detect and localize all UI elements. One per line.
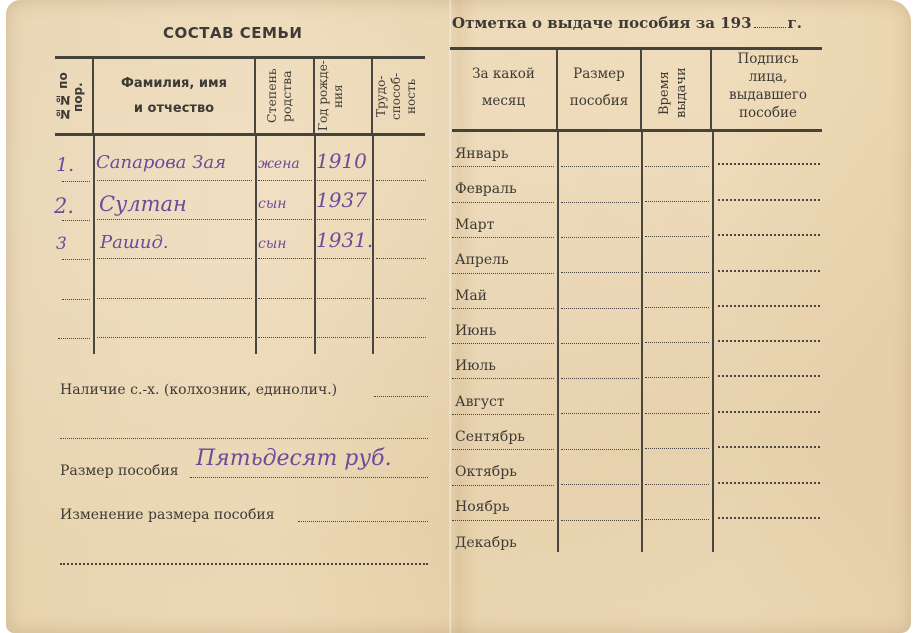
benefit-change-line-2: [60, 563, 428, 565]
row-line: [561, 237, 639, 238]
benefit-record-title: Отметка о выдаче пособия за 193г.: [452, 14, 802, 32]
header-signature-2: лица,: [714, 68, 822, 87]
row-line: [645, 342, 709, 343]
row-line: [718, 482, 820, 484]
row-1-number: 1.: [56, 154, 74, 176]
row-line: [58, 338, 90, 339]
row-line: [376, 258, 426, 259]
family-section-title: СОСТАВ СЕМЬИ: [163, 24, 302, 42]
title-prefix: Отметка о выдаче пособия за 193: [452, 14, 752, 32]
row-line: [718, 517, 820, 519]
month-october: Октябрь: [455, 464, 517, 480]
header-name-2: и отчество: [95, 97, 253, 121]
row-line: [97, 337, 252, 338]
row-line: [561, 308, 639, 309]
table-header-rule: [55, 133, 425, 136]
header-signature-4: пособие: [714, 104, 822, 123]
row-line: [452, 414, 554, 415]
row-line: [317, 219, 370, 220]
month-september: Сентябрь: [455, 429, 525, 445]
row-line: [452, 166, 554, 167]
row-line: [561, 378, 639, 379]
row-line: [376, 298, 426, 299]
row-line: [62, 220, 90, 221]
col-divider: [254, 59, 256, 133]
row-line: [97, 258, 252, 259]
row-line: [718, 305, 820, 307]
month-december: Декабрь: [455, 535, 517, 551]
row-3-relation: сын: [258, 236, 286, 252]
row-2-name: Султан: [99, 192, 187, 216]
year-blank: [754, 27, 786, 28]
row-line: [258, 180, 312, 181]
row-2-birth-year: 1937: [316, 188, 367, 212]
row-line: [645, 413, 709, 414]
row-line: [561, 166, 639, 167]
header-amount-1: Размер: [559, 63, 639, 86]
row-line: [376, 337, 426, 338]
row-line: [645, 484, 709, 485]
row-line: [718, 270, 820, 272]
row-line: [718, 375, 820, 377]
farm-status-line: [374, 396, 428, 397]
month-july: Июль: [455, 358, 496, 374]
row-line: [452, 273, 554, 274]
row-line: [317, 180, 370, 181]
col-divider: [712, 132, 714, 552]
row-line: [645, 236, 709, 237]
row-line: [258, 258, 312, 259]
row-3-name: Рашид.: [100, 232, 169, 253]
header-work-ability: Трудо-способ-ность: [374, 60, 424, 132]
row-line: [718, 163, 820, 165]
header-name-1: Фамилия, имя: [95, 72, 253, 96]
farm-status-line-2: [60, 438, 428, 439]
row-line: [645, 377, 709, 378]
header-signature-3: выдавшего: [714, 86, 822, 105]
row-line: [452, 343, 554, 344]
month-august: Август: [455, 394, 505, 410]
row-line: [645, 201, 709, 202]
row-line: [718, 234, 820, 236]
row-line: [645, 272, 709, 273]
row-2-relation: сын: [258, 196, 286, 212]
row-line: [561, 343, 639, 344]
header-signature-1: Подпись: [714, 50, 822, 69]
farm-status-label: Наличие с.-х. (колхозник, единолич.): [60, 382, 337, 398]
row-line: [97, 298, 252, 299]
row-3-number: 3: [56, 234, 67, 254]
row-line: [452, 237, 554, 238]
month-january: Январь: [455, 146, 508, 162]
benefit-change-line: [298, 521, 428, 522]
row-line: [718, 446, 820, 448]
month-may: Май: [455, 288, 487, 304]
benefit-amount-value: Пятьдесят руб.: [196, 446, 392, 471]
row-line: [452, 378, 554, 379]
col-divider: [557, 132, 559, 552]
row-line: [452, 308, 554, 309]
row-line: [561, 413, 639, 414]
row-2-number: 2.: [54, 194, 74, 218]
row-line: [97, 219, 252, 220]
row-line: [376, 180, 426, 181]
row-line: [62, 259, 90, 260]
row-line: [62, 181, 90, 182]
month-june: Июнь: [455, 323, 496, 339]
header-month-1: За какой: [452, 63, 555, 86]
row-line: [317, 337, 370, 338]
row-1-name: Сапарова Зая: [96, 152, 226, 173]
header-amount-2: пособия: [559, 90, 639, 113]
row-line: [376, 219, 426, 220]
row-line: [561, 202, 639, 203]
header-relation: Степень родства: [264, 60, 304, 132]
row-1-birth-year: 1910: [316, 149, 367, 173]
header-month-2: месяц: [452, 90, 555, 113]
benefit-change-label: Изменение размера пособия: [60, 507, 275, 523]
title-suffix: г.: [788, 14, 802, 32]
row-line: [258, 337, 312, 338]
month-november: Ноябрь: [455, 499, 509, 515]
col-divider: [710, 50, 712, 129]
row-line: [561, 484, 639, 485]
col-divider: [92, 59, 94, 133]
month-march: Март: [455, 217, 494, 233]
row-line: [718, 411, 820, 413]
header-birth-year: Год рожде-ния: [316, 60, 368, 132]
row-line: [258, 219, 312, 220]
row-line: [452, 449, 554, 450]
col-divider: [313, 59, 315, 133]
col-divider: [641, 132, 643, 552]
row-line: [645, 448, 709, 449]
row-line: [62, 299, 90, 300]
col-divider: [93, 136, 95, 354]
col-divider: [640, 50, 642, 129]
table-header-rule: [452, 129, 822, 132]
month-february: Февраль: [455, 181, 517, 197]
row-line: [645, 519, 709, 520]
row-line: [645, 307, 709, 308]
row-line: [258, 298, 312, 299]
row-line: [452, 202, 554, 203]
col-divider: [255, 136, 257, 354]
row-line: [561, 520, 639, 521]
row-3-birth-year: 1931.: [316, 228, 373, 252]
row-line: [317, 298, 370, 299]
row-line: [645, 166, 709, 167]
row-line: [561, 272, 639, 273]
month-april: Апрель: [455, 252, 509, 268]
benefit-amount-line: [190, 477, 428, 478]
col-divider: [371, 59, 373, 133]
row-line: [452, 520, 554, 521]
row-line: [561, 449, 639, 450]
row-line: [97, 180, 252, 181]
table-top-rule: [55, 56, 425, 59]
row-line: [718, 340, 820, 342]
row-1-relation: жена: [258, 156, 300, 172]
header-number: №№ по пор.: [56, 62, 90, 132]
row-line: [718, 199, 820, 201]
row-line: [317, 258, 370, 259]
benefit-amount-label: Размер пособия: [60, 463, 179, 479]
header-time: Время выдачи: [656, 58, 698, 128]
row-line: [452, 485, 554, 486]
col-divider: [556, 50, 558, 129]
